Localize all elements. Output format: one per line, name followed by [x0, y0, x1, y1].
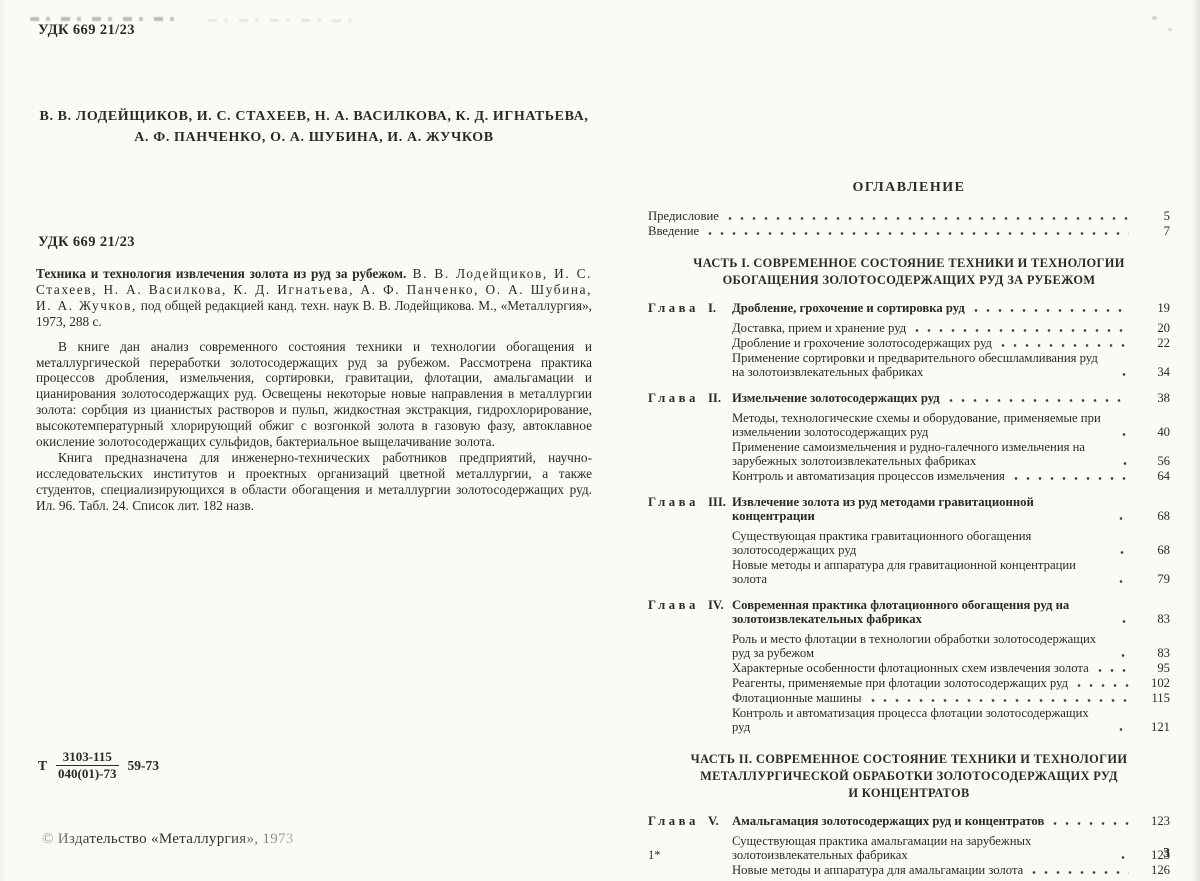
- toc-page-number: 7: [1136, 224, 1170, 238]
- toc-part-line: ЧАСТЬ I. СОВРЕМЕННОЕ СОСТОЯНИЕ ТЕХНИКИ И…: [648, 255, 1170, 272]
- chapter-label: Глава: [648, 598, 708, 626]
- toc-entry-text: Новые методы и аппаратура для амальгамац…: [732, 863, 1136, 877]
- toc-entry-text: ГлаваIV.Современная практика флотационно…: [648, 598, 1136, 626]
- toc-page-number: 19: [1136, 301, 1170, 315]
- toc-row: Применение самоизмельчения и рудно-галеч…: [648, 440, 1170, 468]
- dot-leader: [1014, 476, 1129, 481]
- toc-entry-title: Амальгамация золотосодержащих руд и конц…: [732, 814, 1044, 828]
- dot-leader: [1119, 579, 1129, 584]
- udc-code-top: УДК 669 21/23: [38, 22, 135, 39]
- toc-row: Методы, технологические схемы и оборудов…: [648, 411, 1170, 439]
- scan-speck: [1152, 16, 1157, 20]
- dot-leader: [949, 398, 1129, 403]
- dot-leader: [1121, 855, 1129, 860]
- toc-entry-text: Методы, технологические схемы и оборудов…: [732, 411, 1136, 439]
- toc-entry-text: ГлаваV.Амальгамация золотосодержащих руд…: [648, 814, 1136, 828]
- toc-entry-title: Роль и место флотации в технологии обраб…: [732, 632, 1112, 660]
- imprint-block: УДК 669 21/23 Техника и технология извле…: [36, 234, 592, 514]
- toc-entry-text: Новые методы и аппаратура для гравитацио…: [732, 558, 1136, 586]
- dot-leader: [1121, 653, 1129, 658]
- printer-signature: 1*: [648, 848, 661, 863]
- toc-entry-text: ГлаваI.Дробление, грохочение и сортировк…: [648, 301, 1136, 315]
- toc-entry-title: Новые методы и аппаратура для гравитацио…: [732, 558, 1110, 586]
- toc-row: Предисловие5: [648, 209, 1170, 223]
- dot-leader: [1122, 619, 1129, 624]
- dot-leader: [1120, 550, 1129, 555]
- toc-page-number: 83: [1136, 646, 1170, 660]
- toc-entry-text: Дробление и грохочение золотосодержащих …: [732, 336, 1136, 350]
- toc-row: Контроль и автоматизация процессов измел…: [648, 469, 1170, 483]
- toc-entry-title: Существующая практика гравитационного об…: [732, 529, 1111, 557]
- toc-entry-title: Измельчение золотосодержащих руд: [732, 391, 940, 405]
- authors-block: В. В. ЛОДЕЙЩИКОВ, И. С. СТАХЕЕВ, Н. А. В…: [36, 106, 592, 148]
- index-fraction: 3103-115 040(01)-73: [56, 750, 119, 782]
- toc-row: Характерные особенности флотационных схе…: [648, 661, 1170, 675]
- toc-row: Реагенты, применяемые при флотации золот…: [648, 676, 1170, 690]
- toc-part-line: И КОНЦЕНТРАТОВ: [648, 785, 1170, 802]
- toc-entry-text: Применение сортировки и предварительного…: [732, 351, 1136, 379]
- toc-entry-title: Флотационные машины: [732, 691, 862, 705]
- toc-page-number: 79: [1136, 572, 1170, 586]
- toc-row: Дробление и грохочение золотосодержащих …: [648, 336, 1170, 350]
- toc-entry-title: Новые методы и аппаратура для амальгамац…: [732, 863, 1023, 877]
- toc-row: Существующая практика гравитационного об…: [648, 529, 1170, 557]
- authors-line-1: В. В. ЛОДЕЙЩИКОВ, И. С. СТАХЕЕВ, Н. А. В…: [40, 109, 589, 124]
- toc-list: Предисловие5Введение7ЧАСТЬ I. СОВРЕМЕННО…: [648, 209, 1170, 877]
- toc-row: Роль и место флотации в технологии обраб…: [648, 632, 1170, 660]
- toc-page-number: 22: [1136, 336, 1170, 350]
- toc-page-number: 38: [1136, 391, 1170, 405]
- dot-leader: [1122, 372, 1129, 377]
- dot-leader: [1077, 683, 1129, 688]
- toc-row: Существующая практика амальгамации на за…: [648, 834, 1170, 862]
- toc-page-number: 95: [1136, 661, 1170, 675]
- toc-part-heading: ЧАСТЬ I. СОВРЕМЕННОЕ СОСТОЯНИЕ ТЕХНИКИ И…: [648, 255, 1170, 289]
- left-page: УДК 669 21/23 В. В. ЛОДЕЙЩИКОВ, И. С. СТ…: [36, 0, 592, 881]
- index-suffix: 59-73: [128, 758, 160, 774]
- toc-page-number: 83: [1136, 612, 1170, 626]
- toc-page-number: 20: [1136, 321, 1170, 335]
- dot-leader: [728, 216, 1129, 221]
- toc-row: Контроль и автоматизация процесса флотац…: [648, 706, 1170, 734]
- chapter-label: Глава: [648, 495, 708, 523]
- toc-entry-text: Реагенты, применяемые при флотации золот…: [732, 676, 1136, 690]
- chapter-label: Глава: [648, 301, 708, 315]
- toc-entry-title: Дробление, грохочение и сортировка руд: [732, 301, 965, 315]
- chapter-label: Глава: [648, 391, 708, 405]
- toc-row: ГлаваII.Измельчение золотосодержащих руд…: [648, 391, 1170, 405]
- toc-page-number: 102: [1136, 676, 1170, 690]
- toc-page-number: 115: [1136, 691, 1170, 705]
- page-number: 3: [1146, 845, 1170, 861]
- toc-entry-title: Современная практика флотационного обога…: [732, 598, 1113, 626]
- toc-entry-title: Существующая практика амальгамации на за…: [732, 834, 1112, 862]
- dot-leader: [915, 328, 1129, 333]
- annotation-paragraph-1: В книге дан анализ современного состояни…: [36, 339, 592, 450]
- toc-page-number: 34: [1136, 365, 1170, 379]
- toc-row: ГлаваIII.Извлечение золота из руд метода…: [648, 495, 1170, 523]
- toc-title: ОГЛАВЛЕНИЕ: [648, 180, 1170, 196]
- index-numerator: 3103-115: [56, 750, 119, 765]
- toc-entry-text: Существующая практика амальгамации на за…: [732, 834, 1136, 862]
- toc-page-number: 68: [1136, 543, 1170, 557]
- toc-entry-text: Роль и место флотации в технологии обраб…: [732, 632, 1136, 660]
- dot-leader: [1001, 343, 1129, 348]
- right-page: ОГЛАВЛЕНИЕ Предисловие5Введение7ЧАСТЬ I.…: [648, 180, 1170, 878]
- dot-leader: [1119, 727, 1129, 732]
- toc-page-number: 123: [1136, 814, 1170, 828]
- dot-leader: [708, 231, 1129, 236]
- toc-part-line: ЧАСТЬ II. СОВРЕМЕННОЕ СОСТОЯНИЕ ТЕХНИКИ …: [648, 751, 1170, 768]
- scan-speck: [1168, 28, 1172, 31]
- toc-entry-title: Реагенты, применяемые при флотации золот…: [732, 676, 1068, 690]
- toc-entry-title: Извлечение золота из руд методами гравит…: [732, 495, 1110, 523]
- toc-entry-text: Доставка, прием и хранение руд: [732, 321, 1136, 335]
- toc-entry-text: Флотационные машины: [732, 691, 1136, 705]
- toc-entry-title: Дробление и грохочение золотосодержащих …: [732, 336, 992, 350]
- toc-entry-title: Предисловие: [648, 209, 719, 223]
- toc-part-heading: ЧАСТЬ II. СОВРЕМЕННОЕ СОСТОЯНИЕ ТЕХНИКИ …: [648, 751, 1170, 802]
- toc-entry-text: Введение: [648, 224, 1136, 238]
- toc-entry-text: Контроль и автоматизация процессов измел…: [732, 469, 1136, 483]
- toc-entry-title: Методы, технологические схемы и оборудов…: [732, 411, 1113, 439]
- toc-entry-title: Применение сортировки и предварительного…: [732, 351, 1113, 379]
- index-letter: Т: [38, 758, 47, 774]
- toc-row: Флотационные машины115: [648, 691, 1170, 705]
- toc-entry-text: Существующая практика гравитационного об…: [732, 529, 1136, 557]
- toc-row: ГлаваI.Дробление, грохочение и сортировк…: [648, 301, 1170, 315]
- toc-entry-title: Контроль и автоматизация процесса флотац…: [732, 706, 1110, 734]
- udc-code-mid: УДК 669 21/23: [38, 234, 592, 251]
- toc-row: Применение сортировки и предварительного…: [648, 351, 1170, 379]
- annotation-paragraph-2: Книга предназначена для инженерно-технич…: [36, 450, 592, 514]
- toc-entry-title: Введение: [648, 224, 699, 238]
- dot-leader: [974, 308, 1129, 313]
- chapter-number: IV.: [708, 598, 732, 626]
- toc-page-number: 5: [1136, 209, 1170, 223]
- dot-leader: [1053, 821, 1129, 826]
- dot-leader: [1119, 516, 1129, 521]
- dot-leader: [1032, 870, 1129, 875]
- toc-page-number: 68: [1136, 509, 1170, 523]
- toc-entry-title: Применение самоизмельчения и рудно-галеч…: [732, 440, 1114, 468]
- bibliographic-description: Техника и технология извлечения золота и…: [36, 266, 592, 330]
- toc-row: ГлаваIV.Современная практика флотационно…: [648, 598, 1170, 626]
- book-index-code: Т 3103-115 040(01)-73 59-73: [38, 750, 159, 782]
- toc-entry-text: Контроль и автоматизация процесса флотац…: [732, 706, 1136, 734]
- toc-entry-text: Предисловие: [648, 209, 1136, 223]
- index-denominator: 040(01)-73: [56, 765, 119, 782]
- toc-page-number: 56: [1136, 454, 1170, 468]
- chapter-number: I.: [708, 301, 732, 315]
- toc-page-number: 40: [1136, 425, 1170, 439]
- toc-page-number: 126: [1136, 863, 1170, 877]
- book-title: Техника и технология извлечения золота и…: [36, 266, 406, 281]
- chapter-number: V.: [708, 814, 732, 828]
- toc-entry-text: Применение самоизмельчения и рудно-галеч…: [732, 440, 1136, 468]
- dot-leader: [1098, 668, 1129, 673]
- toc-row: Новые методы и аппаратура для амальгамац…: [648, 863, 1170, 877]
- toc-entry-text: ГлаваIII.Извлечение золота из руд метода…: [648, 495, 1136, 523]
- toc-row: Доставка, прием и хранение руд20: [648, 321, 1170, 335]
- toc-part-line: ОБОГАЩЕНИЯ ЗОЛОТОСОДЕРЖАЩИХ РУД ЗА РУБЕЖ…: [648, 272, 1170, 289]
- toc-entry-title: Доставка, прием и хранение руд: [732, 321, 906, 335]
- toc-entry-title: Характерные особенности флотационных схе…: [732, 661, 1089, 675]
- toc-row: ГлаваV.Амальгамация золотосодержащих руд…: [648, 814, 1170, 828]
- dot-leader: [871, 698, 1129, 703]
- toc-page-number: 64: [1136, 469, 1170, 483]
- dot-leader: [1122, 432, 1129, 437]
- chapter-number: III.: [708, 495, 732, 523]
- toc-page-number: 121: [1136, 720, 1170, 734]
- dot-leader: [1123, 461, 1129, 466]
- toc-part-line: МЕТАЛЛУРГИЧЕСКОЙ ОБРАБОТКИ ЗОЛОТОСОДЕРЖА…: [648, 768, 1170, 785]
- toc-entry-text: Характерные особенности флотационных схе…: [732, 661, 1136, 675]
- toc-row: Новые методы и аппаратура для гравитацио…: [648, 558, 1170, 586]
- chapter-label: Глава: [648, 814, 708, 828]
- toc-entry-title: Контроль и автоматизация процессов измел…: [732, 469, 1005, 483]
- toc-entry-text: ГлаваII.Измельчение золотосодержащих руд: [648, 391, 1136, 405]
- chapter-number: II.: [708, 391, 732, 405]
- copyright-line: © Издательство «Металлургия», 1973: [42, 831, 294, 848]
- toc-row: Введение7: [648, 224, 1170, 238]
- authors-line-2: А. Ф. ПАНЧЕНКО, О. А. ШУБИНА, И. А. ЖУЧК…: [134, 130, 493, 145]
